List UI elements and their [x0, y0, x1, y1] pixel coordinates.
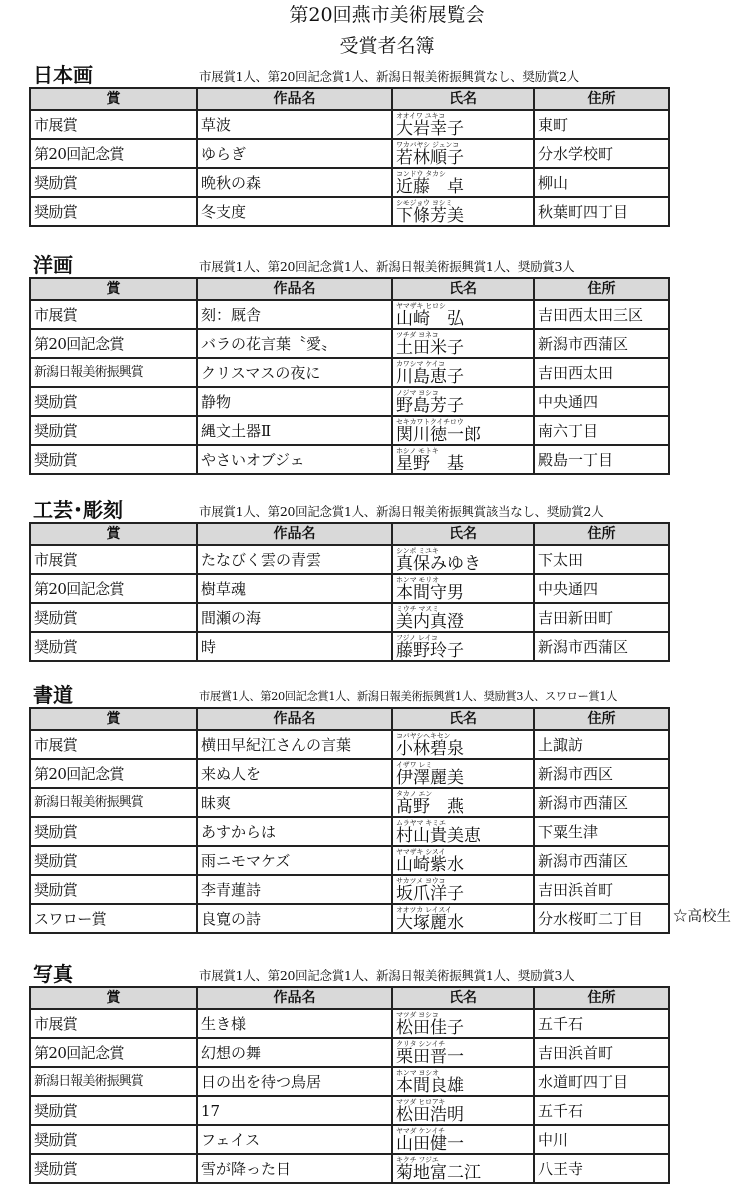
work-title-cell: 幻想の舞: [197, 1038, 392, 1067]
award-cell: 奨励賞: [30, 875, 197, 904]
name-kanji: 大岩幸子: [396, 120, 530, 138]
name-cell: オオツカ レイスイ大塚麗水: [392, 904, 534, 933]
column-header-work: 作品名: [197, 523, 392, 545]
address-cell: 秋葉町四丁目: [534, 197, 669, 226]
name-kanji: 伊澤麗美: [396, 769, 530, 787]
address-text: 東町: [538, 116, 568, 134]
address-text: 吉田浜首町: [538, 1044, 613, 1062]
award-cell: 奨励賞: [30, 168, 197, 197]
name-kanji: 若林順子: [396, 149, 530, 167]
table-row: 奨励賞やさいオブジェホシノ モトキ星野 基殿島一丁目: [30, 445, 669, 474]
column-header-address: 住所: [534, 278, 669, 300]
column-header-name: 氏名: [392, 708, 534, 730]
address-cell: 吉田新田町: [534, 603, 669, 632]
name-kanji: 藤野玲子: [396, 642, 530, 660]
column-header-work: 作品名: [197, 88, 392, 110]
column-header-award: 賞: [30, 708, 197, 730]
name-cell: ヤマザキ ヒロシ山崎 弘: [392, 300, 534, 329]
name-cell: タカノ エン髙野 燕: [392, 788, 534, 817]
address-cell: 南六丁目: [534, 416, 669, 445]
name-cell: キクチ フジエ菊地富二江: [392, 1154, 534, 1183]
name-kanji: 近藤 卓: [396, 178, 530, 196]
name-kanji: 本間守男: [396, 584, 530, 602]
table-row: 新潟日報美術振興賞日の出を待つ鳥居ホンマ ヨシオ本間良雄水道町四丁目: [30, 1067, 669, 1096]
section-summary: 市展賞1人、第20回記念賞1人、新潟日報美術振興賞なし、奨励賞2人: [199, 68, 579, 86]
section-header: 洋画市展賞1人、第20回記念賞1人、新潟日報美術振興賞1人、奨励賞3人: [0, 253, 744, 277]
name-cell: マツダ ヨシコ松田佳子: [392, 1009, 534, 1038]
work-title-cell: 樹草魂: [197, 574, 392, 603]
name-kanji: 坂爪洋子: [396, 885, 530, 903]
address-text: 殿島一丁目: [538, 451, 613, 469]
work-title-cell: 冬支度: [197, 197, 392, 226]
column-header-name: 氏名: [392, 987, 534, 1009]
row-note: ☆高校生: [673, 908, 731, 926]
table-row: 奨励賞時フジノ レイコ藤野玲子新潟市西蒲区: [30, 632, 669, 661]
name-cell: オオイワ ユキコ大岩幸子: [392, 110, 534, 139]
column-header-address: 住所: [534, 88, 669, 110]
address-text: 柳山: [538, 174, 568, 192]
name-kanji: 下條芳美: [396, 207, 530, 225]
address-cell: 中央通四: [534, 387, 669, 416]
name-kanji: 山崎紫水: [396, 856, 530, 874]
address-text: 分水桜町二丁目: [538, 910, 643, 928]
table-header-row: 賞作品名氏名住所: [30, 88, 669, 110]
awards-table: 賞作品名氏名住所市展賞草波オオイワ ユキコ大岩幸子東町第20回記念賞ゆらぎワカバ…: [29, 87, 670, 227]
work-title-cell: あすからは: [197, 817, 392, 846]
address-cell: 八王寺: [534, 1154, 669, 1183]
address-cell: 新潟市西蒲区: [534, 632, 669, 661]
section-title: 書道: [33, 683, 73, 707]
column-header-name: 氏名: [392, 88, 534, 110]
table-row: 新潟日報美術振興賞クリスマスの夜にカワシマ ケイコ川島恵子吉田西太田: [30, 358, 669, 387]
award-cell: 市展賞: [30, 730, 197, 759]
address-text: 新潟市西蒲区: [538, 335, 628, 353]
award-cell: 第20回記念賞: [30, 1038, 197, 1067]
address-cell: 新潟市西蒲区: [534, 788, 669, 817]
table-row: 市展賞草波オオイワ ユキコ大岩幸子東町: [30, 110, 669, 139]
address-cell: 中央通四: [534, 574, 669, 603]
work-title-cell: 良寛の詩: [197, 904, 392, 933]
table-row: 第20回記念賞来ぬ人をイザワ レミ伊澤麗美新潟市西区: [30, 759, 669, 788]
name-kanji: 栗田晋一: [396, 1048, 530, 1066]
column-header-work: 作品名: [197, 708, 392, 730]
work-title-cell: 17: [197, 1096, 392, 1125]
name-cell: セキカワトクイチロウ関川徳一郎: [392, 416, 534, 445]
name-kanji: 大塚麗水: [396, 914, 530, 932]
name-kanji: 本間良雄: [396, 1077, 530, 1095]
table-row: 第20回記念賞ゆらぎワカバヤシ ジュンコ若林順子分水学校町: [30, 139, 669, 168]
name-cell: コバヤシヘキセン小林碧泉: [392, 730, 534, 759]
section-4: 書道市展賞1人、第20回記念賞1人、新潟日報美術振興賞1人、奨励賞3人、スワロー…: [0, 683, 744, 934]
name-cell: カワシマ ケイコ川島恵子: [392, 358, 534, 387]
column-header-address: 住所: [534, 708, 669, 730]
address-text: 吉田西太田: [538, 364, 613, 382]
work-title-cell: 晩秋の森: [197, 168, 392, 197]
column-header-work: 作品名: [197, 987, 392, 1009]
section-summary: 市展賞1人、第20回記念賞1人、新潟日報美術振興賞該当なし、奨励賞2人: [199, 503, 603, 521]
table-header-row: 賞作品名氏名住所: [30, 987, 669, 1009]
award-cell: 新潟日報美術振興賞: [30, 358, 197, 387]
section-1: 日本画市展賞1人、第20回記念賞1人、新潟日報美術振興賞なし、奨励賞2人賞作品名…: [0, 63, 744, 227]
name-cell: サカツメ ヨウコ坂爪洋子: [392, 875, 534, 904]
name-cell: ホシノ モトキ星野 基: [392, 445, 534, 474]
award-cell: 市展賞: [30, 545, 197, 574]
work-title-cell: 刻：厩舎: [197, 300, 392, 329]
award-cell: 奨励賞: [30, 445, 197, 474]
table-row: 奨励賞晩秋の森コンドウ タカシ近藤 卓柳山: [30, 168, 669, 197]
address-cell: 新潟市西蒲区: [534, 329, 669, 358]
name-cell: マツダ ヒロアキ松田浩明: [392, 1096, 534, 1125]
work-title-cell: フェイス: [197, 1125, 392, 1154]
column-header-award: 賞: [30, 88, 197, 110]
section-header: 日本画市展賞1人、第20回記念賞1人、新潟日報美術振興賞なし、奨励賞2人: [0, 63, 744, 87]
name-cell: ムラヤマ キミエ村山貴美恵: [392, 817, 534, 846]
section-title: 日本画: [33, 63, 93, 87]
name-cell: ホンマ モリオ本間守男: [392, 574, 534, 603]
award-cell: 奨励賞: [30, 1154, 197, 1183]
award-cell: 奨励賞: [30, 387, 197, 416]
address-cell: 五千石: [534, 1009, 669, 1038]
table-row: 市展賞生き様マツダ ヨシコ松田佳子五千石: [30, 1009, 669, 1038]
name-kanji: 山田健一: [396, 1135, 530, 1153]
award-cell: 第20回記念賞: [30, 139, 197, 168]
address-text: 中央通四: [538, 580, 598, 598]
column-header-award: 賞: [30, 523, 197, 545]
section-header: 写真市展賞1人、第20回記念賞1人、新潟日報美術振興賞1人、奨励賞3人: [0, 962, 744, 986]
work-title-cell: 雨ニモマケズ: [197, 846, 392, 875]
section-3: 工芸･彫刻市展賞1人、第20回記念賞1人、新潟日報美術振興賞該当なし、奨励賞2人…: [0, 498, 744, 662]
document-subtitle: 受賞者名簿: [0, 34, 744, 58]
work-title-cell: クリスマスの夜に: [197, 358, 392, 387]
name-kanji: 真保みゆき: [396, 555, 530, 573]
name-kanji: 菊地富二江: [396, 1164, 530, 1182]
section-header: 工芸･彫刻市展賞1人、第20回記念賞1人、新潟日報美術振興賞該当なし、奨励賞2人: [0, 498, 744, 522]
address-text: 八王寺: [538, 1160, 583, 1178]
work-title-cell: 静物: [197, 387, 392, 416]
table-row: 第20回記念賞バラの花言葉〝愛〟ツチダ ヨネコ土田米子新潟市西蒲区: [30, 329, 669, 358]
address-cell: 下太田: [534, 545, 669, 574]
name-cell: ノジマ ヨシコ野島芳子: [392, 387, 534, 416]
name-cell: ヤマザキ シスイ山崎紫水: [392, 846, 534, 875]
name-kanji: 山崎 弘: [396, 310, 530, 328]
award-cell: 市展賞: [30, 110, 197, 139]
table-row: 第20回記念賞樹草魂ホンマ モリオ本間守男中央通四: [30, 574, 669, 603]
name-cell: ワカバヤシ ジュンコ若林順子: [392, 139, 534, 168]
table-row: 市展賞刻：厩舎ヤマザキ ヒロシ山崎 弘吉田西太田三区: [30, 300, 669, 329]
work-title-cell: 来ぬ人を: [197, 759, 392, 788]
table-row: スワロー賞良寛の詩オオツカ レイスイ大塚麗水分水桜町二丁目☆高校生: [30, 904, 669, 933]
name-kanji: 星野 基: [396, 455, 530, 473]
work-title-cell: 雪が降った日: [197, 1154, 392, 1183]
name-cell: コンドウ タカシ近藤 卓: [392, 168, 534, 197]
column-header-award: 賞: [30, 987, 197, 1009]
award-cell: 新潟日報美術振興賞: [30, 788, 197, 817]
section-5: 写真市展賞1人、第20回記念賞1人、新潟日報美術振興賞1人、奨励賞3人賞作品名氏…: [0, 962, 744, 1184]
section-title: 写真: [33, 962, 73, 986]
work-title-cell: 間瀬の海: [197, 603, 392, 632]
address-cell: 下粟生津: [534, 817, 669, 846]
award-cell: 新潟日報美術振興賞: [30, 1067, 197, 1096]
table-header-row: 賞作品名氏名住所: [30, 278, 669, 300]
address-text: 新潟市西区: [538, 765, 613, 783]
name-cell: シモジョウ ヨシミ下條芳美: [392, 197, 534, 226]
address-text: 下粟生津: [538, 823, 598, 841]
work-title-cell: 昧爽: [197, 788, 392, 817]
award-cell: 市展賞: [30, 300, 197, 329]
address-text: 吉田浜首町: [538, 881, 613, 899]
award-cell: 奨励賞: [30, 1096, 197, 1125]
name-kanji: 村山貴美恵: [396, 827, 530, 845]
table-row: 奨励賞フェイスヤマダ ケンイチ山田健一中川: [30, 1125, 669, 1154]
column-header-award: 賞: [30, 278, 197, 300]
address-text: 新潟市西蒲区: [538, 794, 628, 812]
section-summary: 市展賞1人、第20回記念賞1人、新潟日報美術振興賞1人、奨励賞3人: [199, 967, 574, 985]
column-header-name: 氏名: [392, 523, 534, 545]
address-cell: 東町: [534, 110, 669, 139]
table-row: 奨励賞縄文土器Ⅱセキカワトクイチロウ関川徳一郎南六丁目: [30, 416, 669, 445]
document-title: 第20回燕市美術展覧会: [0, 3, 744, 27]
award-cell: 奨励賞: [30, 632, 197, 661]
address-text: 新潟市西蒲区: [538, 852, 628, 870]
address-cell: 分水桜町二丁目☆高校生: [534, 904, 669, 933]
name-cell: ツチダ ヨネコ土田米子: [392, 329, 534, 358]
address-text: 上諏訪: [538, 736, 583, 754]
work-title-cell: 李青蓮詩: [197, 875, 392, 904]
table-row: 奨励賞あすからはムラヤマ キミエ村山貴美恵下粟生津: [30, 817, 669, 846]
award-cell: 奨励賞: [30, 416, 197, 445]
address-cell: 上諏訪: [534, 730, 669, 759]
name-kanji: 松田佳子: [396, 1019, 530, 1037]
award-cell: 奨励賞: [30, 817, 197, 846]
name-kanji: 関川徳一郎: [396, 426, 530, 444]
work-title-cell: やさいオブジェ: [197, 445, 392, 474]
awards-table: 賞作品名氏名住所市展賞生き様マツダ ヨシコ松田佳子五千石第20回記念賞幻想の舞ク…: [29, 986, 670, 1184]
table-row: 奨励賞雨ニモマケズヤマザキ シスイ山崎紫水新潟市西蒲区: [30, 846, 669, 875]
address-cell: 新潟市西区: [534, 759, 669, 788]
address-cell: 水道町四丁目: [534, 1067, 669, 1096]
name-cell: イザワ レミ伊澤麗美: [392, 759, 534, 788]
table-row: 奨励賞李青蓮詩サカツメ ヨウコ坂爪洋子吉田浜首町: [30, 875, 669, 904]
name-kanji: 川島恵子: [396, 368, 530, 386]
address-cell: 吉田浜首町: [534, 1038, 669, 1067]
award-cell: 奨励賞: [30, 846, 197, 875]
address-cell: 中川: [534, 1125, 669, 1154]
table-row: 奨励賞間瀬の海ミウチ マスミ美内真澄吉田新田町: [30, 603, 669, 632]
table-row: 奨励賞17マツダ ヒロアキ松田浩明五千石: [30, 1096, 669, 1125]
award-cell: 奨励賞: [30, 603, 197, 632]
name-cell: フジノ レイコ藤野玲子: [392, 632, 534, 661]
work-title-cell: 縄文土器Ⅱ: [197, 416, 392, 445]
name-kanji: 美内真澄: [396, 613, 530, 631]
address-text: 秋葉町四丁目: [538, 203, 628, 221]
section-2: 洋画市展賞1人、第20回記念賞1人、新潟日報美術振興賞1人、奨励賞3人賞作品名氏…: [0, 253, 744, 475]
address-text: 吉田西太田三区: [538, 306, 643, 324]
table-row: 新潟日報美術振興賞昧爽タカノ エン髙野 燕新潟市西蒲区: [30, 788, 669, 817]
awards-table: 賞作品名氏名住所市展賞たなびく雲の青雲シンポ ミユキ真保みゆき下太田第20回記念…: [29, 522, 670, 662]
table-header-row: 賞作品名氏名住所: [30, 523, 669, 545]
address-text: 五千石: [538, 1015, 583, 1033]
award-cell: 市展賞: [30, 1009, 197, 1038]
address-cell: 分水学校町: [534, 139, 669, 168]
name-cell: ミウチ マスミ美内真澄: [392, 603, 534, 632]
section-title: 工芸･彫刻: [33, 498, 123, 522]
awards-table: 賞作品名氏名住所市展賞横田早紀江さんの言葉コバヤシヘキセン小林碧泉上諏訪第20回…: [29, 707, 670, 934]
address-text: 分水学校町: [538, 145, 613, 163]
section-summary: 市展賞1人、第20回記念賞1人、新潟日報美術振興賞1人、奨励賞3人、スワロー賞1…: [199, 688, 617, 706]
work-title-cell: バラの花言葉〝愛〟: [197, 329, 392, 358]
table-row: 奨励賞雪が降った日キクチ フジエ菊地富二江八王寺: [30, 1154, 669, 1183]
table-row: 市展賞たなびく雲の青雲シンポ ミユキ真保みゆき下太田: [30, 545, 669, 574]
name-cell: ヤマダ ケンイチ山田健一: [392, 1125, 534, 1154]
name-kanji: 土田米子: [396, 339, 530, 357]
section-header: 書道市展賞1人、第20回記念賞1人、新潟日報美術振興賞1人、奨励賞3人、スワロー…: [0, 683, 744, 707]
address-cell: 吉田西太田三区: [534, 300, 669, 329]
awards-table: 賞作品名氏名住所市展賞刻：厩舎ヤマザキ ヒロシ山崎 弘吉田西太田三区第20回記念…: [29, 277, 670, 475]
work-title-cell: たなびく雲の青雲: [197, 545, 392, 574]
table-row: 第20回記念賞幻想の舞クリタ シンイチ栗田晋一吉田浜首町: [30, 1038, 669, 1067]
address-text: 五千石: [538, 1102, 583, 1120]
table-header-row: 賞作品名氏名住所: [30, 708, 669, 730]
column-header-address: 住所: [534, 523, 669, 545]
column-header-name: 氏名: [392, 278, 534, 300]
award-cell: 奨励賞: [30, 197, 197, 226]
table-row: 市展賞横田早紀江さんの言葉コバヤシヘキセン小林碧泉上諏訪: [30, 730, 669, 759]
section-title: 洋画: [33, 253, 73, 277]
name-kanji: 野島芳子: [396, 397, 530, 415]
work-title-cell: ゆらぎ: [197, 139, 392, 168]
award-cell: スワロー賞: [30, 904, 197, 933]
work-title-cell: 草波: [197, 110, 392, 139]
award-cell: 第20回記念賞: [30, 759, 197, 788]
address-text: 中川: [538, 1131, 568, 1149]
address-cell: 殿島一丁目: [534, 445, 669, 474]
table-row: 奨励賞静物ノジマ ヨシコ野島芳子中央通四: [30, 387, 669, 416]
name-cell: シンポ ミユキ真保みゆき: [392, 545, 534, 574]
address-text: 水道町四丁目: [538, 1073, 628, 1091]
address-text: 新潟市西蒲区: [538, 638, 628, 656]
address-cell: 吉田西太田: [534, 358, 669, 387]
name-kanji: 松田浩明: [396, 1106, 530, 1124]
award-cell: 第20回記念賞: [30, 574, 197, 603]
award-cell: 第20回記念賞: [30, 329, 197, 358]
column-header-address: 住所: [534, 987, 669, 1009]
address-cell: 柳山: [534, 168, 669, 197]
name-cell: クリタ シンイチ栗田晋一: [392, 1038, 534, 1067]
award-cell: 奨励賞: [30, 1125, 197, 1154]
address-text: 南六丁目: [538, 422, 598, 440]
address-cell: 吉田浜首町: [534, 875, 669, 904]
address-text: 下太田: [538, 551, 583, 569]
work-title-cell: 日の出を待つ鳥居: [197, 1067, 392, 1096]
name-cell: ホンマ ヨシオ本間良雄: [392, 1067, 534, 1096]
address-cell: 新潟市西蒲区: [534, 846, 669, 875]
name-kanji: 髙野 燕: [396, 798, 530, 816]
address-text: 中央通四: [538, 393, 598, 411]
work-title-cell: 生き様: [197, 1009, 392, 1038]
work-title-cell: 横田早紀江さんの言葉: [197, 730, 392, 759]
address-text: 吉田新田町: [538, 609, 613, 627]
column-header-work: 作品名: [197, 278, 392, 300]
table-row: 奨励賞冬支度シモジョウ ヨシミ下條芳美秋葉町四丁目: [30, 197, 669, 226]
address-cell: 五千石: [534, 1096, 669, 1125]
section-summary: 市展賞1人、第20回記念賞1人、新潟日報美術振興賞1人、奨励賞3人: [199, 258, 574, 276]
work-title-cell: 時: [197, 632, 392, 661]
name-kanji: 小林碧泉: [396, 740, 530, 758]
